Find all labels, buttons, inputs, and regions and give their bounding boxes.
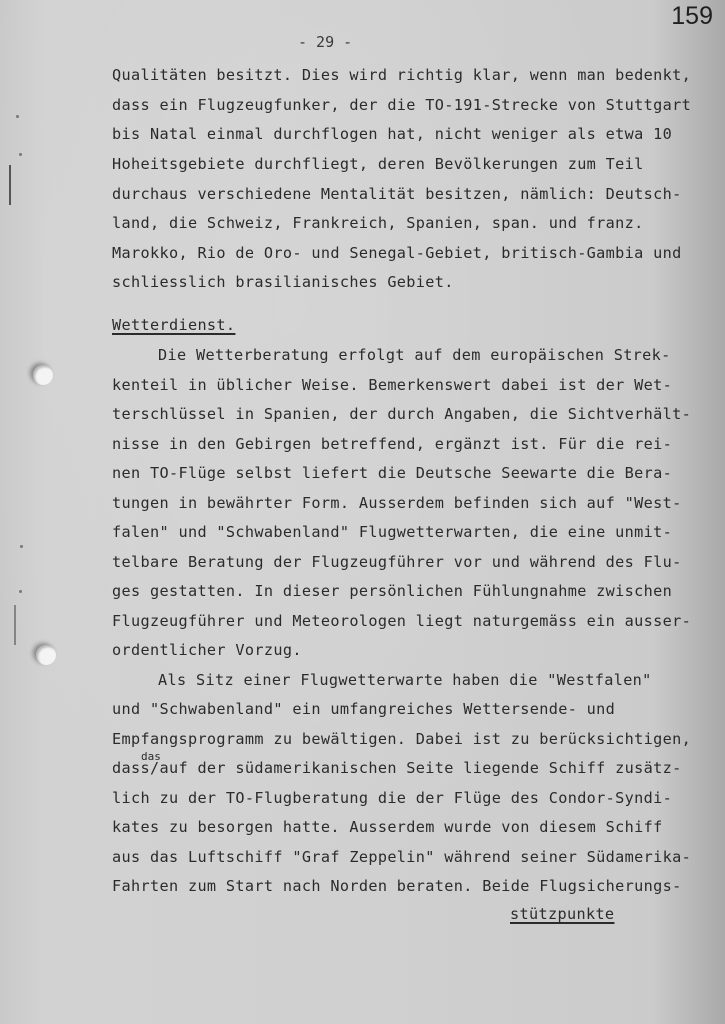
section-heading: Wetterdienst.	[112, 316, 235, 334]
text-line: und "Schwabenland" ein umfangreiches Wet…	[112, 700, 615, 718]
text-line: land, die Schweiz, Frankreich, Spanien, …	[112, 214, 644, 232]
paper-speck	[19, 590, 22, 593]
text-line: tungen in bewährter Form. Ausserdem befi…	[112, 494, 682, 512]
page-number: - 29 -	[298, 33, 352, 51]
text-line: kenteil in üblicher Weise. Bemerkenswert…	[112, 376, 672, 394]
text-line: Fahrten zum Start nach Norden beraten. B…	[112, 877, 682, 895]
text-line: Flugzeugführer und Meteorologen liegt na…	[112, 612, 691, 630]
text-line: Marokko, Rio de Oro- und Senegal-Gebiet,…	[112, 244, 682, 262]
text-line: ges gestatten. In dieser persönlichen Fü…	[112, 582, 672, 600]
text-line: Als Sitz einer Flugwetterwarte haben die…	[158, 671, 652, 689]
text-line: terschlüssel in Spanien, der durch Angab…	[112, 405, 691, 423]
text-line: bis Natal einmal durchflogen hat, nicht …	[112, 125, 672, 143]
text-line: falen" und "Schwabenland" Flugwetterwart…	[112, 523, 672, 541]
text-line: dass ein Flugzeugfunker, der die TO-191-…	[112, 96, 691, 114]
text-line: lich zu der TO-Flugberatung die der Flüg…	[112, 789, 672, 807]
archive-number: 159	[671, 2, 713, 31]
text-line: telbare Beratung der Flugzeugführer vor …	[112, 553, 682, 571]
text-line: nisse in den Gebirgen betreffend, ergänz…	[112, 435, 672, 453]
margin-mark	[9, 165, 11, 205]
text-line: dass/auf der südamerikanischen Seite lie…	[112, 759, 682, 777]
text-line: Qualitäten besitzt. Dies wird richtig kl…	[112, 66, 691, 84]
punch-hole-bottom	[36, 645, 56, 665]
text-line: aus das Luftschiff "Graf Zeppelin" währe…	[112, 848, 691, 866]
text-line: schliesslich brasilianisches Gebiet.	[112, 273, 454, 291]
paper-speck	[16, 115, 19, 118]
catchword: stützpunkte	[510, 905, 614, 923]
text-line: durchaus verschiedene Mentalität besitze…	[112, 185, 682, 203]
punch-hole-top	[33, 365, 53, 385]
document-page: 159 - 29 - Qualitäten besitzt. Dies wird…	[0, 0, 725, 1024]
paper-speck	[19, 153, 22, 156]
text-line: Die Wetterberatung erfolgt auf dem europ…	[158, 346, 671, 364]
paper-speck	[20, 545, 23, 548]
text-line: Empfangsprogramm zu bewältigen. Dabei is…	[112, 730, 691, 748]
text-line: kates zu besorgen hatte. Ausserdem wurde…	[112, 818, 663, 836]
text-line: Hoheitsgebiete durchfliegt, deren Bevölk…	[112, 155, 644, 173]
margin-mark	[14, 605, 16, 645]
text-line: ordentlicher Vorzug.	[112, 641, 302, 659]
text-line: nen TO-Flüge selbst liefert die Deutsche…	[112, 464, 672, 482]
